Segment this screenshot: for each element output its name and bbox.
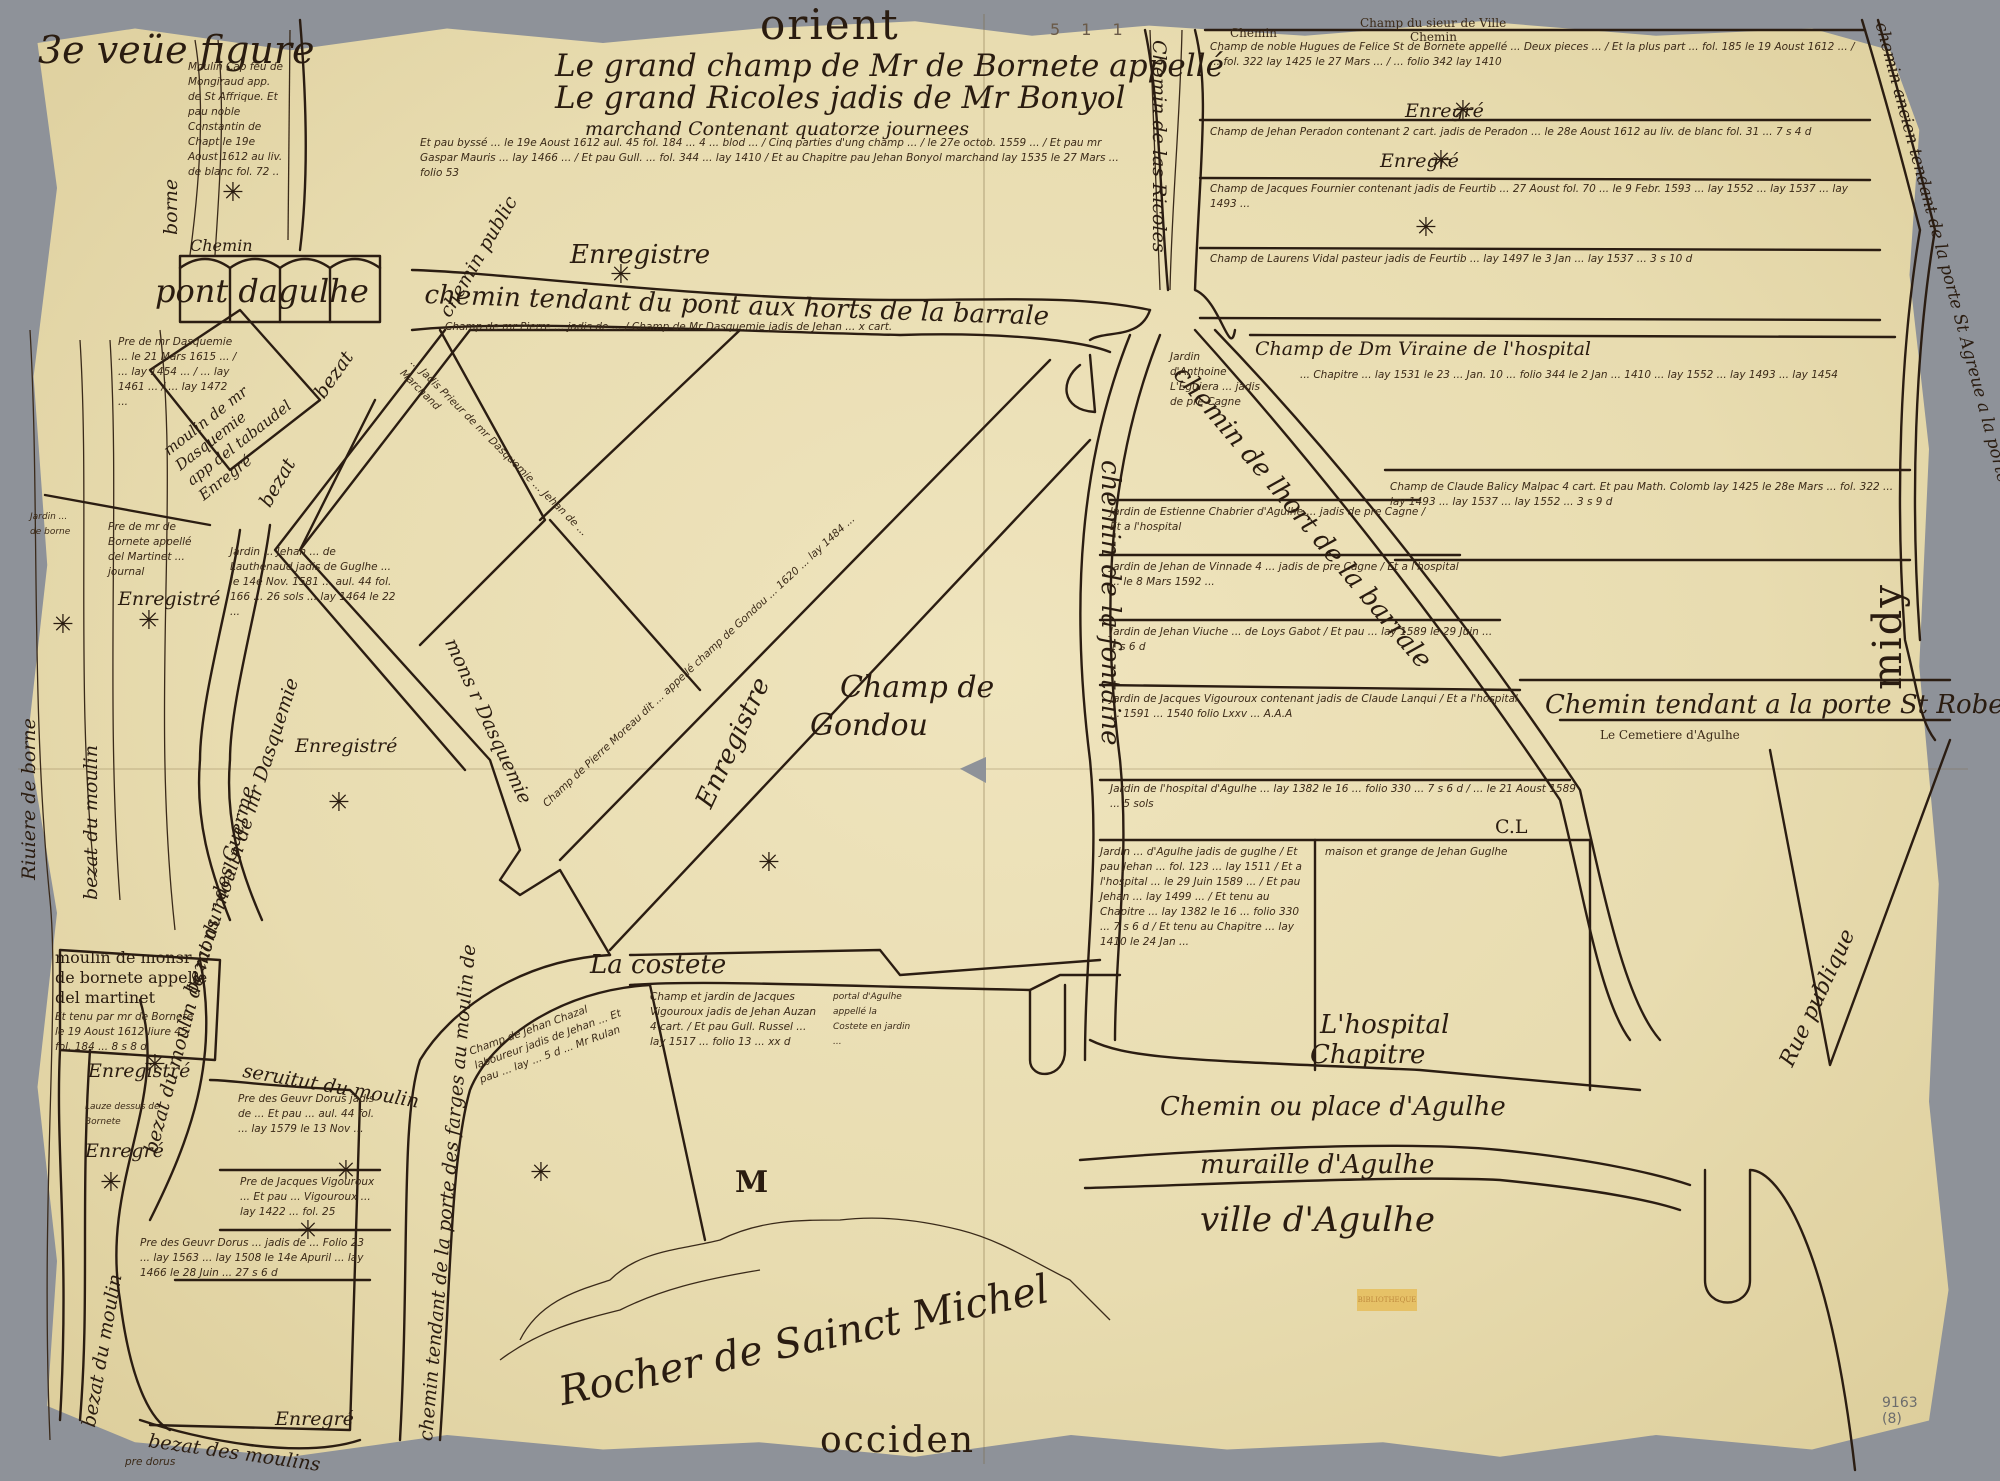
chapitre-label: Chapitre bbox=[1310, 1040, 1425, 1070]
fontaine-parcel-2-note: Jardin de Estienne Chabrier d'Agulhe ...… bbox=[1110, 505, 1430, 535]
pont-dagulhe-label: pont dagulhe bbox=[155, 272, 369, 310]
top-left-parcel-note: Moulin Cap feu de Mongiraud app. de St A… bbox=[188, 60, 284, 180]
registered-star-icon: ✳ bbox=[52, 612, 74, 638]
fontaine-parcel-6-note: Jardin de l'hospital d'Agulhe ... lay 13… bbox=[1110, 782, 1580, 812]
top-cote-mark: 5 1 1 bbox=[1050, 20, 1131, 39]
road-st-robert-label: Chemin tendant a la porte St Robert bbox=[1545, 690, 2000, 720]
hospital-right-note: maison et grange de Jehan Guglhe bbox=[1325, 845, 1575, 860]
chemin-top-label-1: Chemin bbox=[1230, 26, 1277, 40]
chemin-small-label: Chemin bbox=[190, 236, 253, 255]
registered-star-icon: ✳ bbox=[100, 1170, 122, 1196]
registered-star-icon: ✳ bbox=[138, 608, 160, 634]
right-block-2-note: Champ de Jehan Peradon contenant 2 cart.… bbox=[1210, 125, 1860, 140]
marker-m: M bbox=[735, 1165, 768, 1200]
hospital-left-note: Jardin ... d'Agulhe jadis de guglhe / Et… bbox=[1100, 845, 1310, 950]
left-small-note: Jardin ... de borne bbox=[30, 510, 80, 540]
fontaine-parcel-3-note: Jardin de Jehan de Vinnade 4 ... jadis d… bbox=[1110, 560, 1460, 590]
marker-cl: C.L bbox=[1495, 816, 1528, 838]
registered-star-icon: ✳ bbox=[1452, 98, 1474, 124]
ville-label: ville d'Agulhe bbox=[1200, 1200, 1435, 1240]
registered-star-icon: ✳ bbox=[610, 262, 632, 288]
compass-orient: orient bbox=[760, 0, 900, 49]
registered-star-icon: ✳ bbox=[1430, 148, 1452, 174]
registered-star-icon: ✳ bbox=[1415, 215, 1437, 241]
right-block-1-note: Champ de noble Hugues de Felice St de Bo… bbox=[1210, 40, 1860, 70]
main-field-registered: Enregistre bbox=[570, 240, 710, 270]
registered-mark: Enregistré bbox=[118, 588, 220, 610]
registered-star-icon: ✳ bbox=[222, 180, 244, 206]
fontaine-parcel-5-note: Jardin de Jacques Vigouroux contenant ja… bbox=[1110, 692, 1530, 722]
top-field-owner-label: Champ du sieur de Ville bbox=[1360, 16, 1506, 30]
registered-star-icon: ✳ bbox=[758, 850, 780, 876]
bezat-moulin-left-label: bezat du moulin bbox=[80, 745, 102, 900]
cemetery-label: Le Cemetiere d'Agulhe bbox=[1600, 728, 1740, 742]
fontaine-parcel-4-note: Jardin de Jehan Viuche ... de Loys Gabot… bbox=[1110, 625, 1500, 655]
registered-star-icon: ✳ bbox=[328, 790, 350, 816]
registered-star-icon: ✳ bbox=[530, 1160, 552, 1186]
compass-midy: midy bbox=[1865, 583, 1911, 690]
center-fields-note: Champ de mr Pierre ... jadis de ... / Ch… bbox=[445, 320, 1005, 335]
borne-label: borne bbox=[160, 179, 182, 235]
pencil-ref-number: 9163 bbox=[1882, 1395, 1918, 1411]
registered-mark: Enregré bbox=[275, 1408, 354, 1430]
main-field-title-line2: Le grand Ricoles jadis de Mr Bonyol bbox=[555, 80, 1125, 116]
main-field-title-line1: Le grand champ de Mr de Bornete appellé bbox=[555, 48, 1224, 84]
bottom-left-note: pre dorus bbox=[125, 1455, 205, 1470]
compass-occident: occiden bbox=[820, 1420, 975, 1461]
riviere-label: Riuiere de borne bbox=[18, 718, 40, 880]
moulin-block-3-note: Pre des Geuvr Dorus ... jadis de ... Fol… bbox=[140, 1236, 370, 1281]
portal-note: portal d'Agulhe appellé la Costete en ja… bbox=[833, 990, 913, 1050]
main-field-entries: Et pau byssé ... le 19e Aoust 1612 aul. … bbox=[420, 136, 1140, 181]
pencil-reference: 9163(8) bbox=[1882, 1395, 1918, 1427]
champ-gondou-line1: Champ de bbox=[840, 670, 994, 705]
left-parcel-3-note: Jardin ... Jehan ... de Lauthenaud jadis… bbox=[230, 545, 400, 620]
right-block-4-note: Champ de Laurens Vidal pasteur jadis de … bbox=[1210, 252, 1860, 267]
muraille-label: muraille d'Agulhe bbox=[1200, 1150, 1434, 1180]
right-block-5-note: ... Chapitre ... lay 1531 le 23 ... Jan.… bbox=[1300, 368, 1900, 383]
road-ricoles-label: Chemin de las Ricoles bbox=[1148, 40, 1170, 253]
hospital-field-label: Champ de Dm Viraine de l'hospital bbox=[1255, 338, 1591, 360]
pencil-ref-sub: (8) bbox=[1882, 1411, 1902, 1427]
champ-gondou-line2: Gondou bbox=[810, 708, 928, 743]
moulin-block-2-note: Pre de Jacques Vigouroux ... Et pau ... … bbox=[240, 1175, 385, 1220]
left-parcel-2-note: Pre de mr de Bornete appellé del Martine… bbox=[108, 520, 208, 580]
registered-mark: Enregistré bbox=[295, 735, 397, 757]
library-stamp: BIBLIOTHEQUE bbox=[1357, 1289, 1417, 1311]
chemin-place-label: Chemin ou place d'Agulhe bbox=[1160, 1092, 1506, 1122]
right-block-6-note: Champ de Claude Balicy Malpac 4 cart. Et… bbox=[1390, 480, 1910, 510]
right-block-3-note: Champ de Jacques Fournier contenant jadi… bbox=[1210, 182, 1860, 212]
vigouroux-note: Champ et jardin de Jacques Vigouroux jad… bbox=[650, 990, 825, 1050]
la-costete-label: La costete bbox=[590, 950, 726, 980]
hospital-label: L'hospital bbox=[1320, 1010, 1449, 1040]
moulin-block-1-note: Pre des Geuvr Dorus jadis de ... Et pau … bbox=[238, 1092, 383, 1137]
fontaine-parcel-1-note: Jardin d'Anthoine L'Eguiera ... jadis de… bbox=[1170, 350, 1260, 410]
